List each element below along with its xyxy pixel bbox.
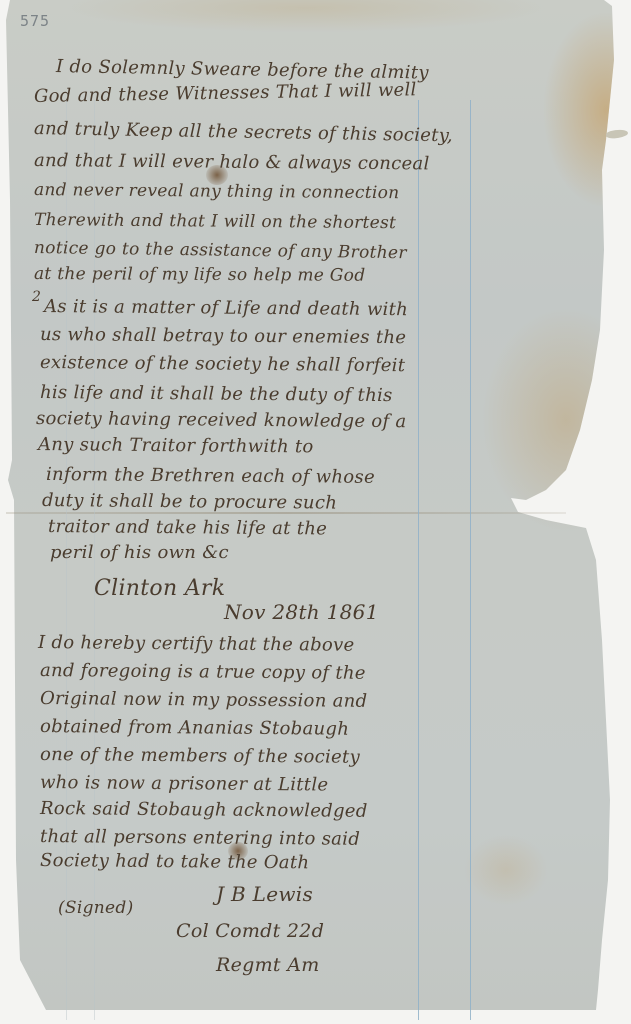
clause-line: existence of the society he shall forfei… bbox=[40, 354, 405, 375]
clause-line: inform the Brethren each of whose bbox=[46, 466, 375, 487]
signatory-name: J B Lewis bbox=[216, 884, 313, 904]
oath-line: at the peril of my life so help me God bbox=[34, 266, 366, 285]
certification-line: who is now a prisoner at Little bbox=[40, 774, 329, 795]
certification-line: obtained from Ananias Stobaugh bbox=[40, 718, 349, 739]
certification-line: that all persons entering into said bbox=[40, 828, 360, 849]
place-line: Clinton Ark bbox=[94, 578, 225, 600]
section-number: 2 bbox=[32, 290, 41, 304]
certification-line: Original now in my possession and bbox=[40, 690, 368, 711]
signatory-rank: Col Comdt 22d bbox=[176, 922, 324, 941]
oath-line: and that I will ever halo & always conce… bbox=[34, 152, 430, 173]
clause-line: traitor and take his life at the bbox=[48, 518, 327, 538]
clause-line: society having received knowledge of a bbox=[36, 410, 407, 431]
certification-line: and foregoing is a true copy of the bbox=[40, 662, 366, 683]
certification-line: one of the members of the society bbox=[40, 746, 360, 767]
certification-line: Society had to take the Oath bbox=[40, 852, 309, 872]
clause-line: us who shall betray to our enemies the bbox=[40, 326, 406, 347]
blue-rule-1 bbox=[418, 100, 419, 1020]
oath-line: Therewith and that I will on the shortes… bbox=[34, 212, 396, 232]
signatory-regiment: Regmt Am bbox=[216, 956, 320, 975]
clause-line: his life and it shall be the duty of thi… bbox=[40, 384, 393, 405]
paper-fragment bbox=[606, 129, 629, 140]
document-scan: 575 I do Solemnly Sweare before the almi… bbox=[0, 0, 631, 1024]
blue-rule-2 bbox=[470, 100, 471, 1020]
clause-line: duty it shall be to procure such bbox=[42, 492, 337, 513]
certification-line: I do hereby certify that the above bbox=[38, 634, 355, 655]
clause-line: Any such Traitor forthwith to bbox=[38, 436, 314, 456]
date-line: Nov 28th 1861 bbox=[224, 602, 379, 622]
certification-line: Rock said Stobaugh acknowledged bbox=[40, 800, 368, 821]
archive-number-stamp: 575 bbox=[20, 12, 50, 30]
clause-line: peril of his own &c bbox=[50, 544, 229, 562]
oath-line: and never reveal any thing in connection bbox=[34, 182, 400, 202]
clause-line: As it is a matter of Life and death with bbox=[44, 298, 408, 319]
signed-label: (Signed) bbox=[58, 900, 134, 917]
